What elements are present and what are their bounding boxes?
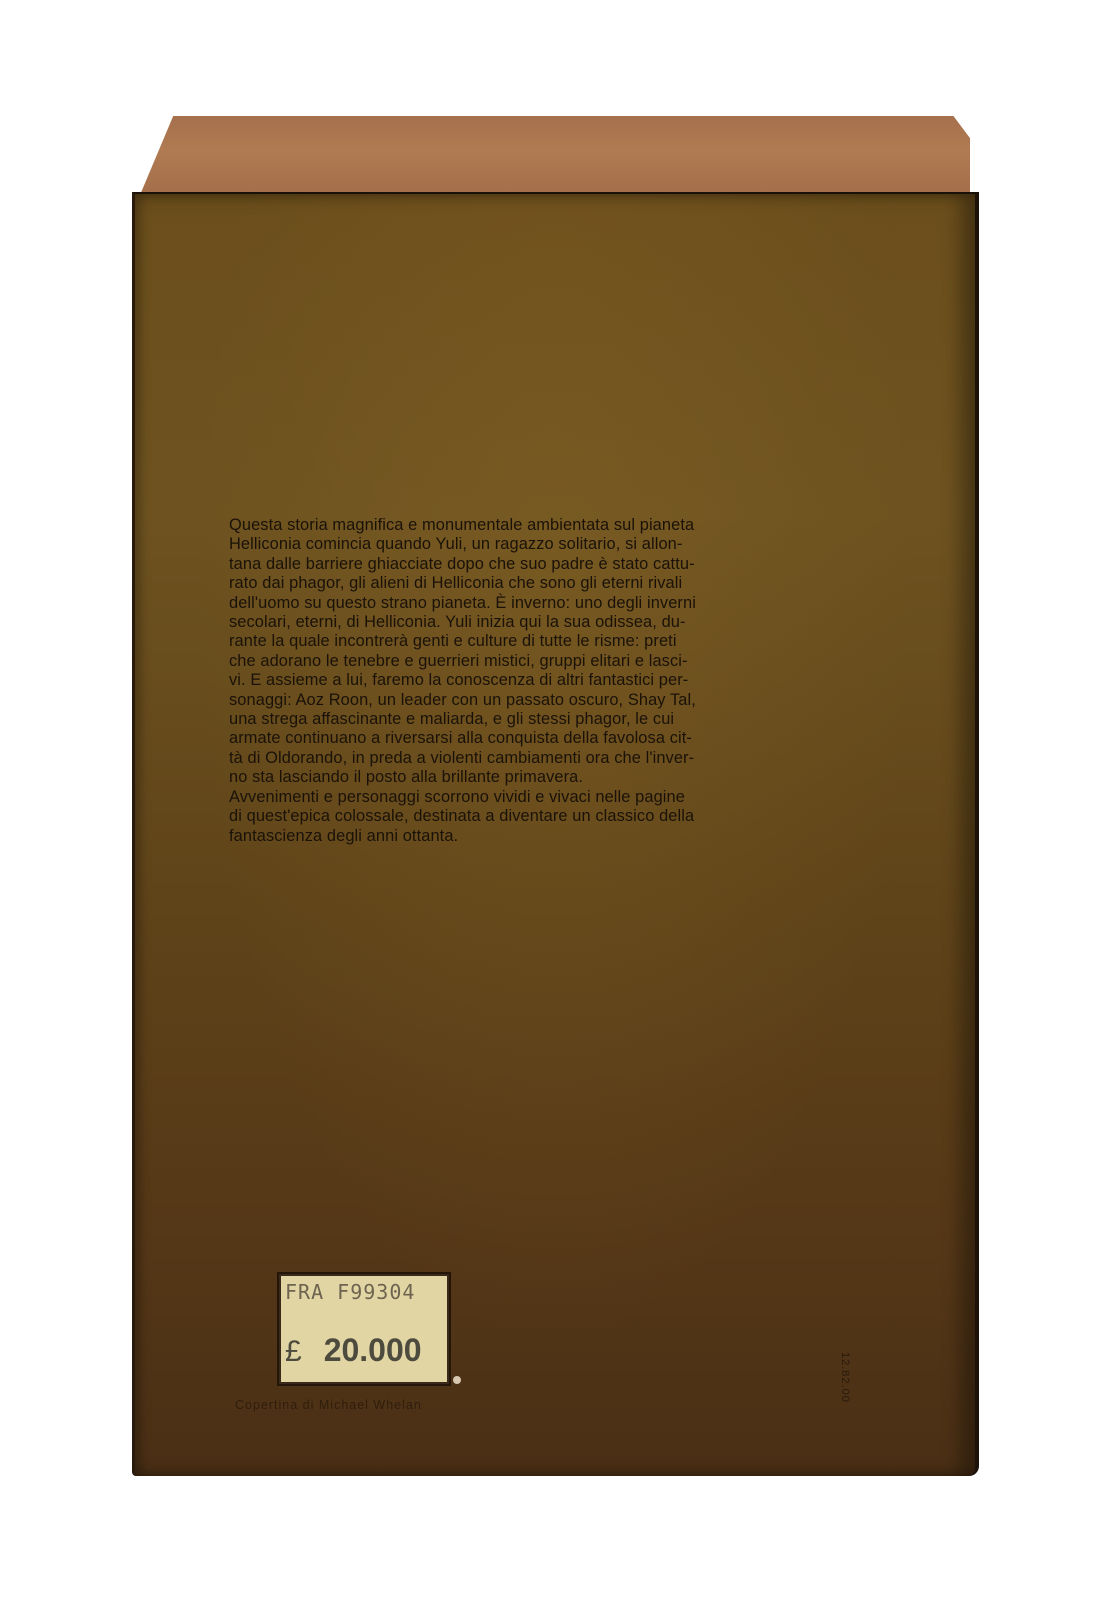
cover-credit: Copertina di Michael Whelan <box>235 1398 422 1412</box>
scuff-mark <box>453 1376 461 1384</box>
vertical-print-code: 12.82.00 <box>839 1352 851 1403</box>
blurb-paragraph-2: Avvenimenti e personaggi scorrono vividi… <box>229 788 879 846</box>
back-cover-blurb: Questa storia magnifica e monumentale am… <box>229 516 879 846</box>
sticker-price: £ 20.000 <box>285 1332 422 1369</box>
book-top-edge <box>140 116 970 195</box>
price-sticker: FRA F99304 £ 20.000 <box>279 1274 449 1384</box>
currency-symbol: £ <box>285 1335 302 1369</box>
sticker-code: FRA F99304 <box>285 1280 415 1304</box>
blurb-paragraph-1: Questa storia magnifica e monumentale am… <box>229 516 879 788</box>
book-back-cover: Questa storia magnifica e monumentale am… <box>132 192 979 1476</box>
price-value: 20.000 <box>324 1332 422 1369</box>
